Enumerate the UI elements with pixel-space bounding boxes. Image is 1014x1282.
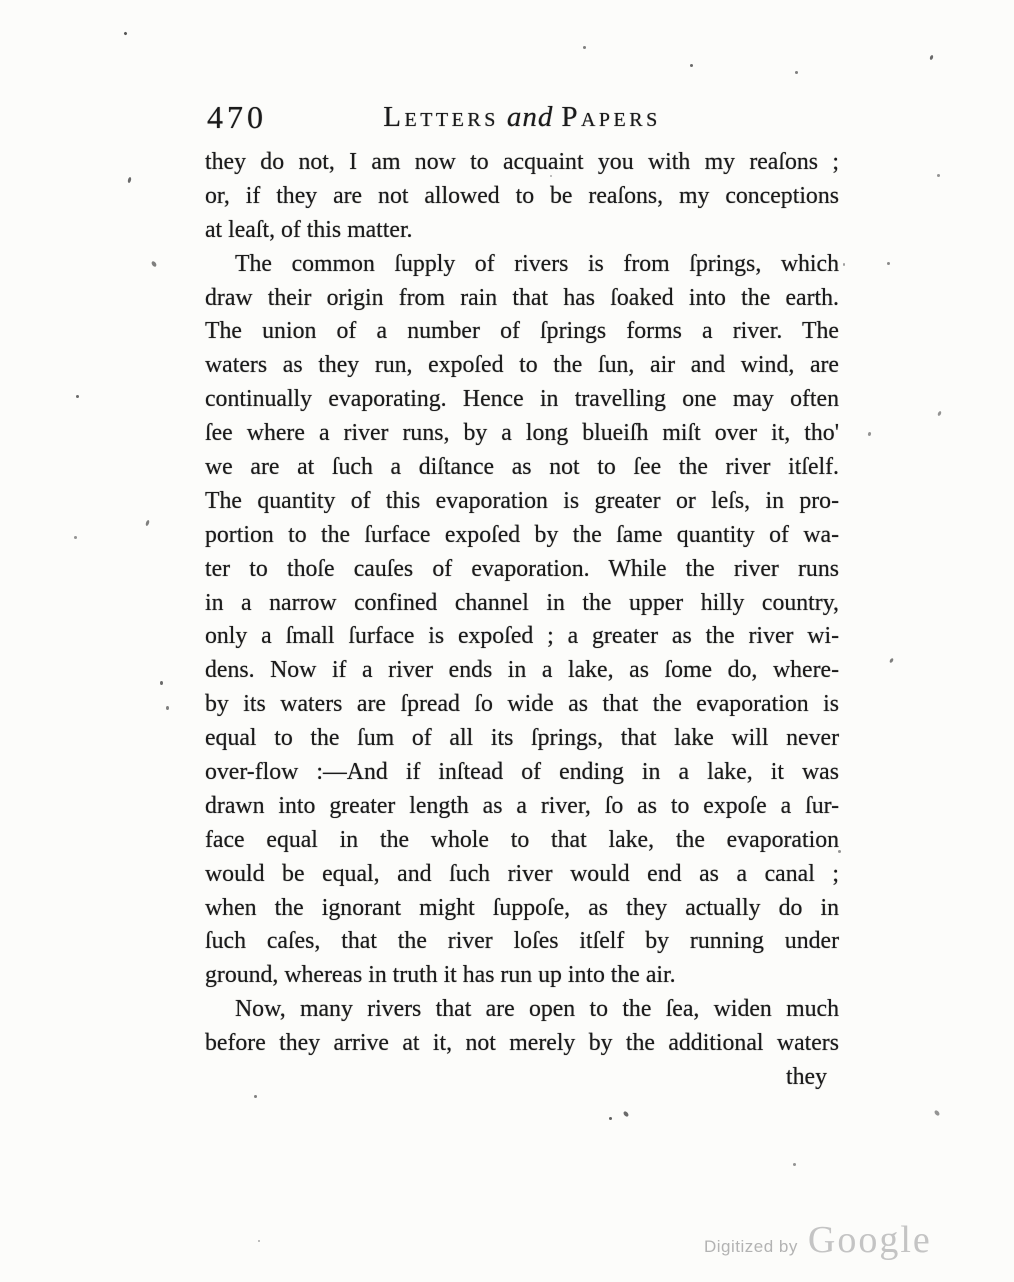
scan-speck <box>929 55 934 61</box>
scan-speck <box>937 411 942 417</box>
text-line: ſee where a river runs, by a long blueiſ… <box>205 417 839 451</box>
scan-speck <box>609 1117 612 1120</box>
text-line: in a narrow confined channel in the uppe… <box>205 587 839 621</box>
text-line: at leaſt, of this matter. <box>205 214 839 248</box>
scan-speck <box>160 681 163 685</box>
scan-speck <box>937 174 940 177</box>
text-line: dens. Now if a river ends in a lake, as … <box>205 654 839 688</box>
scan-speck <box>258 1240 260 1242</box>
text-line: face equal in the whole to that lake, th… <box>205 824 839 858</box>
text-line: before they arrive at it, not merely by … <box>205 1027 839 1061</box>
text-line: ground, whereas in truth it has run up i… <box>205 959 839 993</box>
google-logo: Google <box>808 1218 932 1262</box>
running-title-conjunction: and <box>507 101 554 133</box>
text-line: we are at ſuch a diſtance as not to ſee … <box>205 451 839 485</box>
text-line: The quantity of this evaporation is grea… <box>205 485 839 519</box>
scan-speck <box>151 260 158 267</box>
running-title-word2: Papers <box>561 101 660 133</box>
text-line: continually evaporating. Hence in travel… <box>205 383 839 417</box>
scan-speck <box>127 177 131 184</box>
text-line: portion to the ſurface expoſed by the ſa… <box>205 519 839 553</box>
scan-speck <box>623 1110 630 1117</box>
page-header: 470 LettersandPapers <box>205 97 839 137</box>
text-line: The union of a number of ſprings forms a… <box>205 315 839 349</box>
scan-speck <box>550 175 552 177</box>
text-line: waters as they run, expoſed to the ſun, … <box>205 349 839 383</box>
scan-speck <box>76 395 79 398</box>
catchword: they <box>205 1061 839 1095</box>
text-line: equal to the ſum of all its ſprings, tha… <box>205 722 839 756</box>
scan-speck <box>74 536 77 539</box>
text-line: or, if they are not allowed to be reaſon… <box>205 180 839 214</box>
scan-speck <box>838 850 841 853</box>
text-line: draw their origin from rain that has ſoa… <box>205 282 839 316</box>
scan-speck <box>583 46 586 49</box>
text-line: ſuch caſes, that the river loſes itſelf … <box>205 925 839 959</box>
running-title: LettersandPapers <box>205 97 839 142</box>
scan-speck <box>145 520 150 527</box>
scan-speck <box>690 64 693 67</box>
text-line: The common ſupply of rivers is from ſpri… <box>205 248 839 282</box>
text-line: Now, many rivers that are open to the ſe… <box>205 993 839 1027</box>
scan-speck <box>934 1109 941 1116</box>
google-watermark: Digitized by Google <box>704 1218 932 1262</box>
page-number: 470 <box>207 97 267 137</box>
scan-speck <box>887 262 890 265</box>
text-line: would be equal, and ſuch river would end… <box>205 858 839 892</box>
body-text-block: they do not, I am now to acquaint you wi… <box>205 146 839 1095</box>
scan-speck <box>254 1095 257 1098</box>
text-line: they do not, I am now to acquaint you wi… <box>205 146 839 180</box>
scan-speck <box>795 71 798 74</box>
text-line: drawn into greater length as a river, ſo… <box>205 790 839 824</box>
scan-speck <box>793 1163 796 1166</box>
text-line: when the ignorant might ſuppoſe, as they… <box>205 892 839 926</box>
scan-speck <box>843 263 845 266</box>
text-line: over-flow :—And if inſtead of ending in … <box>205 756 839 790</box>
running-title-word1: Letters <box>383 101 499 133</box>
scan-speck <box>868 432 872 437</box>
scan-speck <box>889 658 894 664</box>
text-line: only a ſmall ſurface is expoſed ; a grea… <box>205 620 839 654</box>
digitized-by-label: Digitized by <box>704 1237 798 1257</box>
scan-speck <box>166 706 169 710</box>
text-line: by its waters are ſpread ſo wide as that… <box>205 688 839 722</box>
text-line: ter to thoſe cauſes of evaporation. Whil… <box>205 553 839 587</box>
scanned-book-page: 470 LettersandPapers they do not, I am n… <box>0 0 1014 1282</box>
scan-speck <box>123 31 127 35</box>
